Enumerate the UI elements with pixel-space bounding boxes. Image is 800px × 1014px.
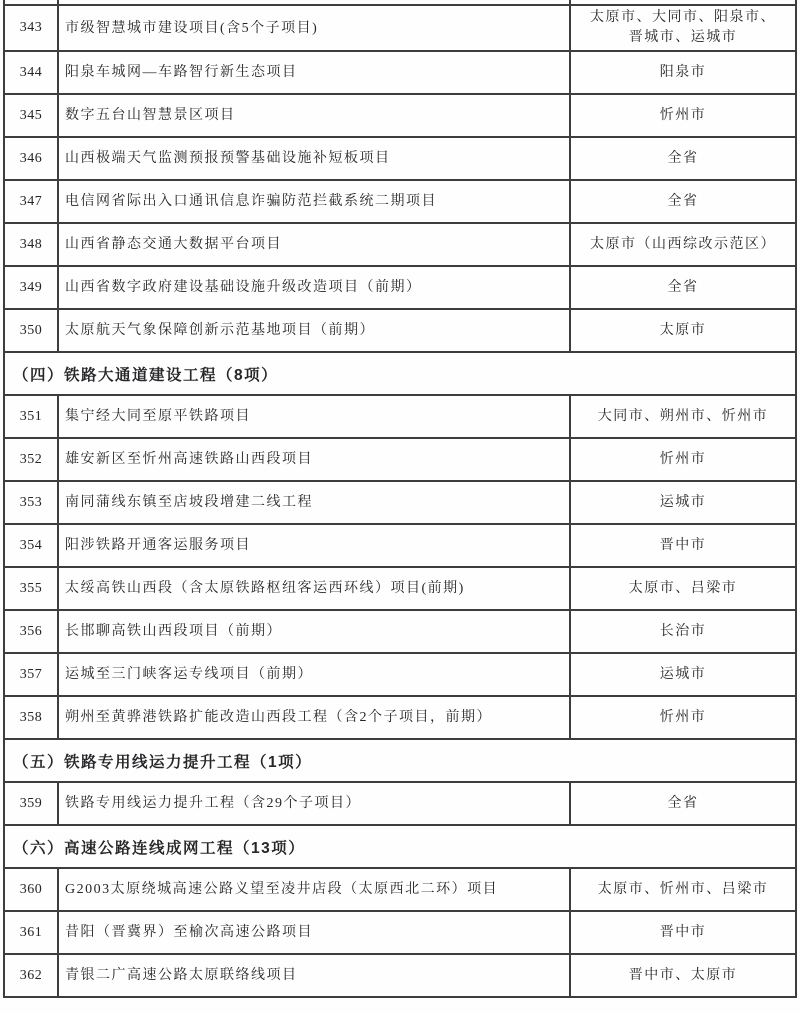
location-cell: 大同市、朔州市、忻州市 [570, 395, 796, 438]
table-row: 348山西省静态交通大数据平台项目太原市（山西综改示范区） [4, 223, 796, 266]
location-cell: 运城市 [570, 653, 796, 696]
table-row: 359铁路专用线运力提升工程（含29个子项目）全省 [4, 782, 796, 825]
location-cell: 全省 [570, 782, 796, 825]
project-name-cell: 铁路专用线运力提升工程（含29个子项目） [58, 782, 570, 825]
section-header-row: （六）高速公路连线成网工程（13项） [4, 825, 796, 868]
table-row: 352雄安新区至忻州高速铁路山西段项目忻州市 [4, 438, 796, 481]
project-name-cell: 南同蒲线东镇至店坡段增建二线工程 [58, 481, 570, 524]
row-number: 351 [4, 395, 58, 438]
section-header: （四）铁路大通道建设工程（8项） [4, 352, 796, 395]
row-number: 350 [4, 309, 58, 352]
row-number: 354 [4, 524, 58, 567]
table-row: 345数字五台山智慧景区项目忻州市 [4, 94, 796, 137]
row-number: 352 [4, 438, 58, 481]
location-cell: 阳泉市 [570, 51, 796, 94]
table-row: 349山西省数字政府建设基础设施升级改造项目（前期）全省 [4, 266, 796, 309]
row-number: 357 [4, 653, 58, 696]
table-row: 361昔阳（晋冀界）至榆次高速公路项目晋中市 [4, 911, 796, 954]
location-cell: 忻州市 [570, 94, 796, 137]
table-row: 344阳泉车城网—车路智行新生态项目阳泉市 [4, 51, 796, 94]
table-row: 343市级智慧城市建设项目(含5个子项目)太原市、大同市、阳泉市、晋城市、运城市 [4, 5, 796, 51]
project-name-cell: 市级智慧城市建设项目(含5个子项目) [58, 5, 570, 51]
project-name-cell: 太原航天气象保障创新示范基地项目（前期） [58, 309, 570, 352]
location-cell: 太原市 [570, 309, 796, 352]
location-cell: 晋中市 [570, 524, 796, 567]
project-table: 343市级智慧城市建设项目(含5个子项目)太原市、大同市、阳泉市、晋城市、运城市… [3, 0, 797, 998]
section-header-row: （五）铁路专用线运力提升工程（1项） [4, 739, 796, 782]
row-number: 359 [4, 782, 58, 825]
table-row: 351集宁经大同至原平铁路项目大同市、朔州市、忻州市 [4, 395, 796, 438]
location-cell: 全省 [570, 266, 796, 309]
table-row: 355太绥高铁山西段（含太原铁路枢纽客运西环线）项目(前期)太原市、吕梁市 [4, 567, 796, 610]
location-cell: 运城市 [570, 481, 796, 524]
table-row: 353南同蒲线东镇至店坡段增建二线工程运城市 [4, 481, 796, 524]
project-name-cell: 阳泉车城网—车路智行新生态项目 [58, 51, 570, 94]
location-cell: 全省 [570, 180, 796, 223]
project-name-cell: G2003太原绕城高速公路义望至凌井店段（太原西北二环）项目 [58, 868, 570, 911]
table-row: 358朔州至黄骅港铁路扩能改造山西段工程（含2个子项目，前期）忻州市 [4, 696, 796, 739]
project-name-cell: 长邯聊高铁山西段项目（前期） [58, 610, 570, 653]
location-cell: 太原市、吕梁市 [570, 567, 796, 610]
table-row: 350太原航天气象保障创新示范基地项目（前期）太原市 [4, 309, 796, 352]
location-cell: 晋中市 [570, 911, 796, 954]
section-header: （六）高速公路连线成网工程（13项） [4, 825, 796, 868]
project-table-body: 343市级智慧城市建设项目(含5个子项目)太原市、大同市、阳泉市、晋城市、运城市… [4, 0, 796, 997]
project-name-cell: 数字五台山智慧景区项目 [58, 94, 570, 137]
project-name-cell: 山西省数字政府建设基础设施升级改造项目（前期） [58, 266, 570, 309]
table-row: 347电信网省际出入口通讯信息诈骗防范拦截系统二期项目全省 [4, 180, 796, 223]
location-cell: 全省 [570, 137, 796, 180]
table-row: 362青银二广高速公路太原联络线项目晋中市、太原市 [4, 954, 796, 997]
row-number: 361 [4, 911, 58, 954]
row-number: 355 [4, 567, 58, 610]
row-number: 356 [4, 610, 58, 653]
project-name-cell: 朔州至黄骅港铁路扩能改造山西段工程（含2个子项目，前期） [58, 696, 570, 739]
location-cell: 晋中市、太原市 [570, 954, 796, 997]
location-cell: 忻州市 [570, 696, 796, 739]
project-name-cell: 山西省静态交通大数据平台项目 [58, 223, 570, 266]
project-name-cell: 太绥高铁山西段（含太原铁路枢纽客运西环线）项目(前期) [58, 567, 570, 610]
project-name-cell: 电信网省际出入口通讯信息诈骗防范拦截系统二期项目 [58, 180, 570, 223]
project-name-cell: 山西极端天气监测预报预警基础设施补短板项目 [58, 137, 570, 180]
row-number: 360 [4, 868, 58, 911]
row-number: 345 [4, 94, 58, 137]
location-line: 晋城市、运城市 [577, 28, 789, 48]
section-header: （五）铁路专用线运力提升工程（1项） [4, 739, 796, 782]
project-name-cell: 运城至三门峡客运专线项目（前期） [58, 653, 570, 696]
table-row: 354阳涉铁路开通客运服务项目晋中市 [4, 524, 796, 567]
row-number: 349 [4, 266, 58, 309]
project-name-cell: 昔阳（晋冀界）至榆次高速公路项目 [58, 911, 570, 954]
project-name-cell: 阳涉铁路开通客运服务项目 [58, 524, 570, 567]
row-number: 358 [4, 696, 58, 739]
row-number: 347 [4, 180, 58, 223]
project-name-cell: 集宁经大同至原平铁路项目 [58, 395, 570, 438]
document-page: 343市级智慧城市建设项目(含5个子项目)太原市、大同市、阳泉市、晋城市、运城市… [0, 0, 800, 1014]
location-cell: 太原市（山西综改示范区） [570, 223, 796, 266]
location-cell: 太原市、忻州市、吕梁市 [570, 868, 796, 911]
location-cell: 忻州市 [570, 438, 796, 481]
row-number: 343 [4, 5, 58, 51]
row-number: 346 [4, 137, 58, 180]
row-number: 353 [4, 481, 58, 524]
row-number: 344 [4, 51, 58, 94]
section-header-row: （四）铁路大通道建设工程（8项） [4, 352, 796, 395]
row-number: 348 [4, 223, 58, 266]
location-line: 太原市、大同市、阳泉市、 [577, 8, 789, 28]
row-number: 362 [4, 954, 58, 997]
location-cell: 长治市 [570, 610, 796, 653]
project-name-cell: 青银二广高速公路太原联络线项目 [58, 954, 570, 997]
table-row: 360G2003太原绕城高速公路义望至凌井店段（太原西北二环）项目太原市、忻州市… [4, 868, 796, 911]
location-cell: 太原市、大同市、阳泉市、晋城市、运城市 [570, 5, 796, 51]
project-name-cell: 雄安新区至忻州高速铁路山西段项目 [58, 438, 570, 481]
table-row: 356长邯聊高铁山西段项目（前期）长治市 [4, 610, 796, 653]
table-row: 346山西极端天气监测预报预警基础设施补短板项目全省 [4, 137, 796, 180]
table-row: 357运城至三门峡客运专线项目（前期）运城市 [4, 653, 796, 696]
